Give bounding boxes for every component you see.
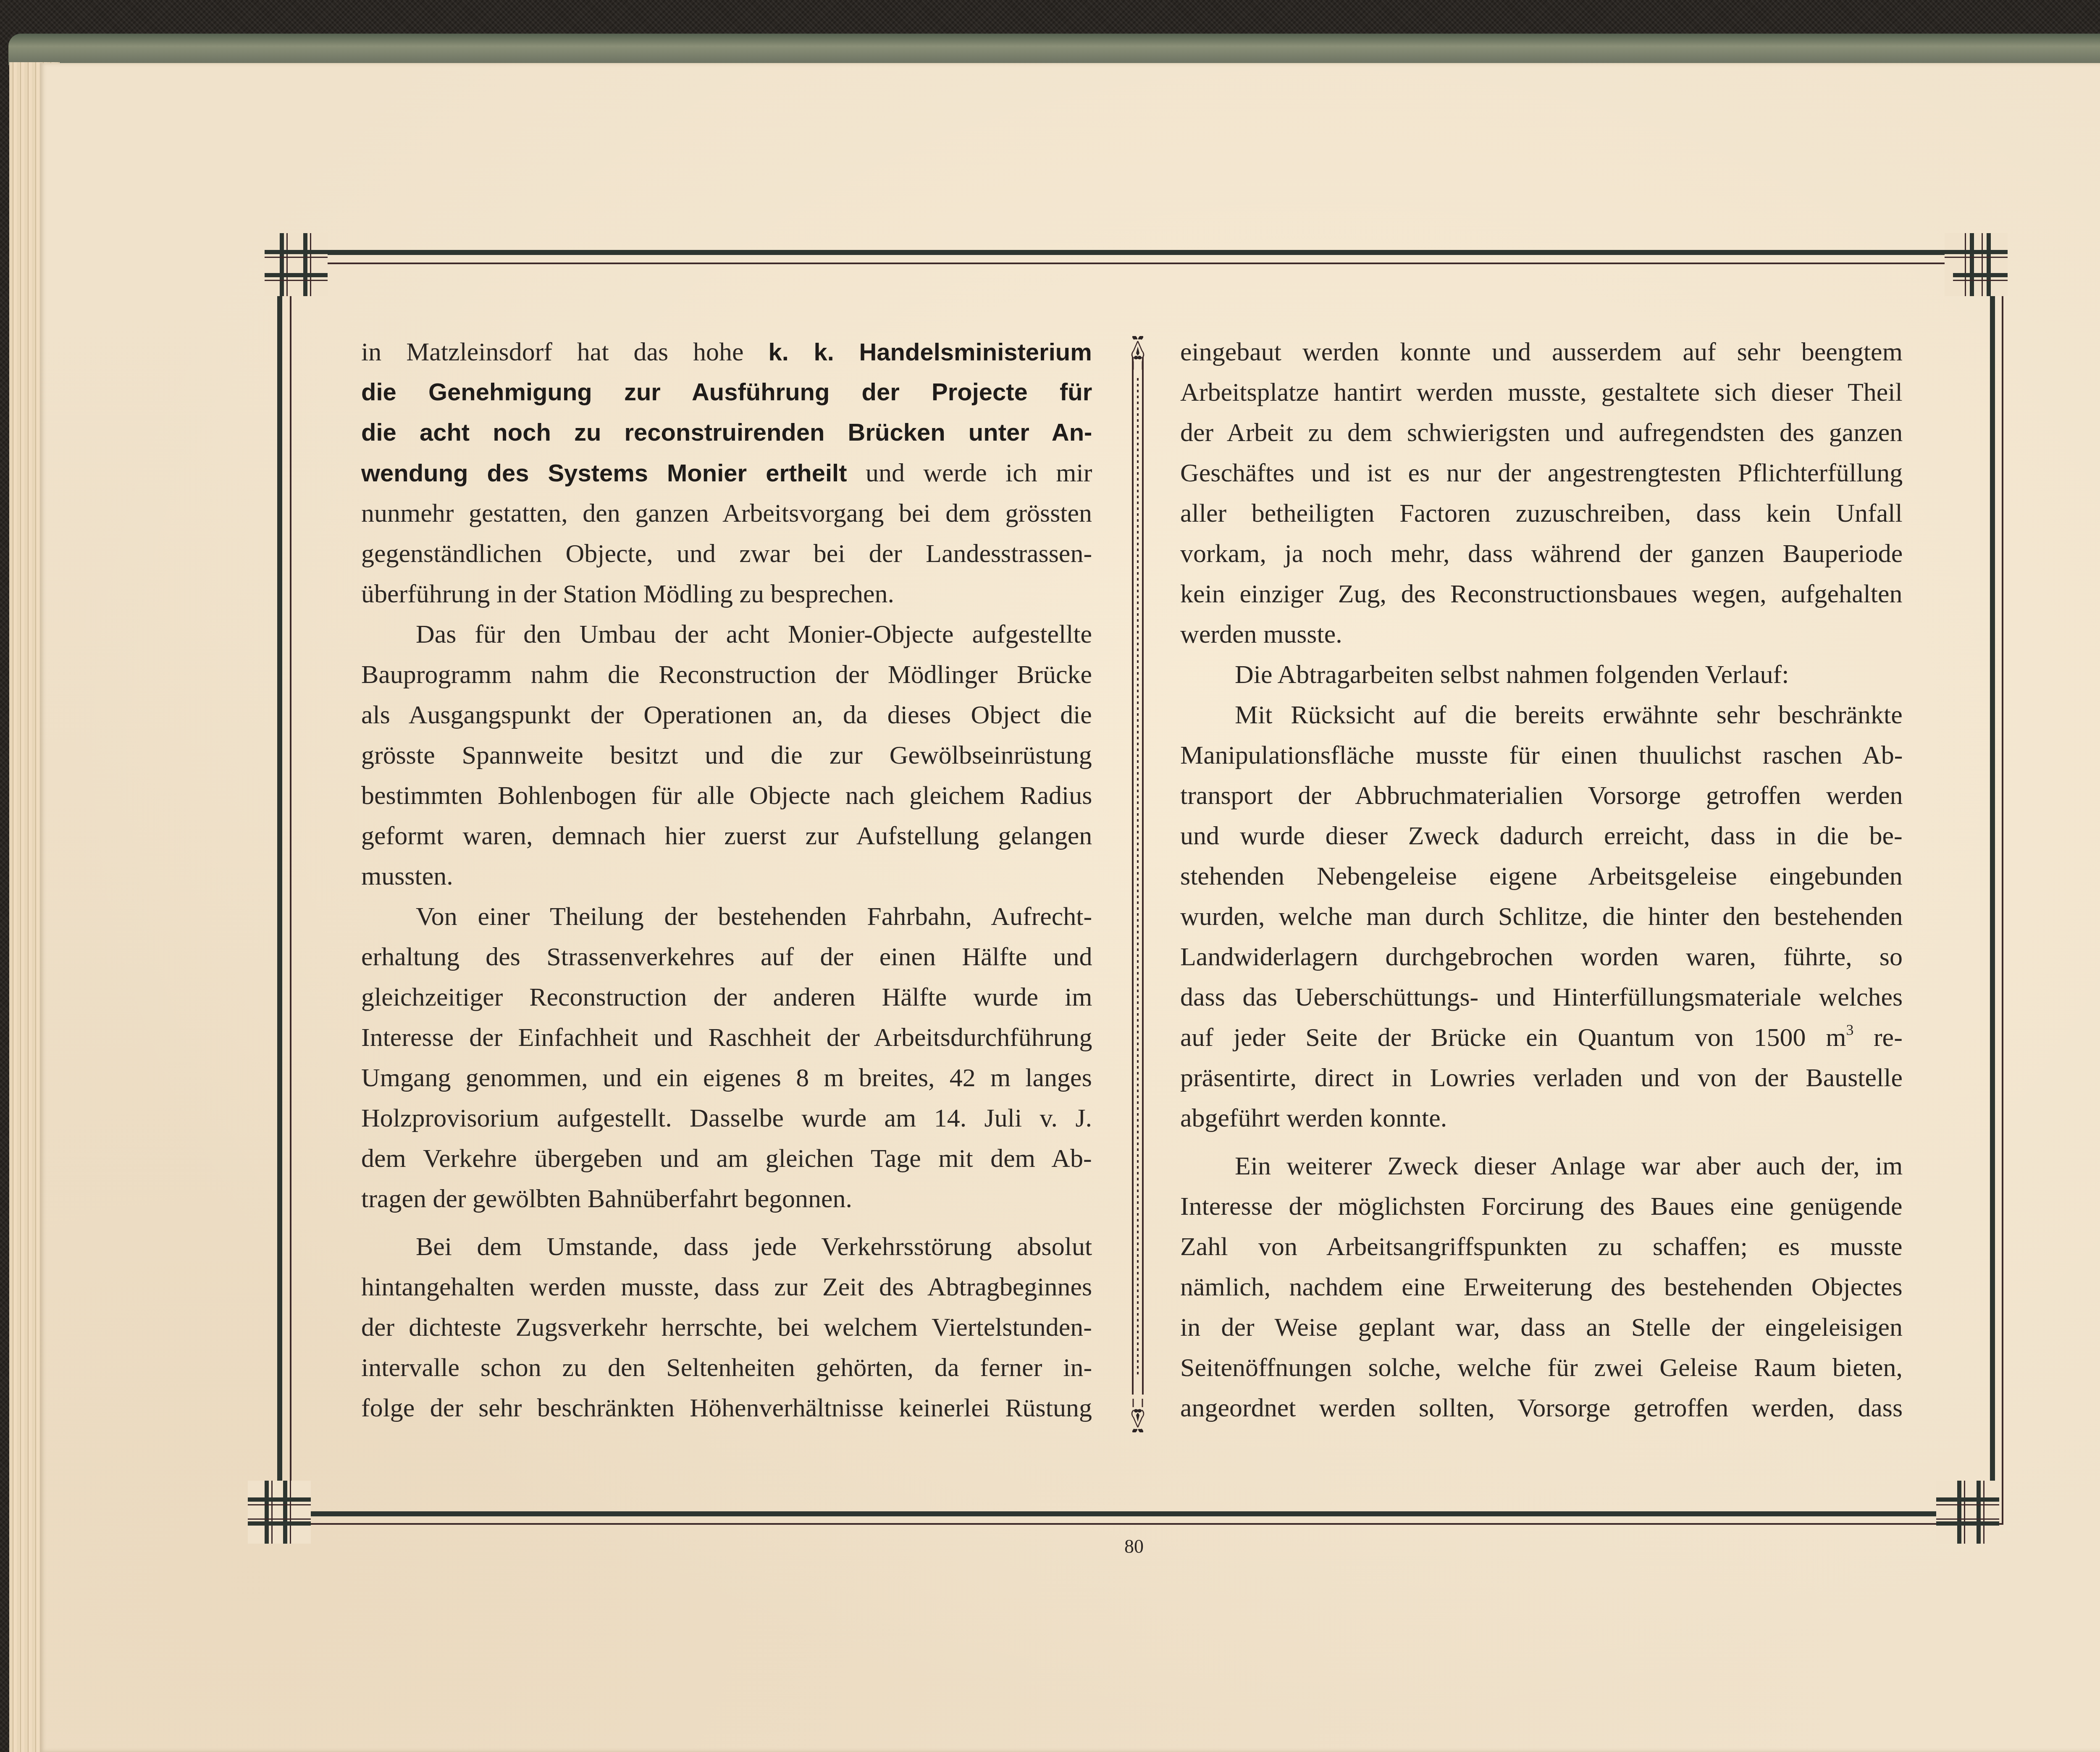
text-line: der dichteste Zugsverkehr herrschte, bei… bbox=[361, 1307, 1092, 1347]
text-line: folge der sehr beschränkten Höhenverhält… bbox=[361, 1388, 1092, 1428]
book-cover-top-edge bbox=[8, 34, 2100, 65]
text-line: Interesse der möglichsten Forcirung des … bbox=[1180, 1186, 1903, 1227]
paragraph-start-line: Die Abtragarbeiten selbst nahmen folgend… bbox=[1180, 654, 1903, 695]
paragraph-start-line: Mit Rücksicht auf die bereits erwähnte s… bbox=[1180, 695, 1903, 735]
text-line: stehenden Nebengeleise eigene Arbeitsgel… bbox=[1180, 856, 1903, 896]
text-line: Manipulationsfläche musste für einen thu… bbox=[1180, 735, 1903, 775]
finial-bottom-icon bbox=[1129, 1399, 1146, 1432]
text-line: Landwiderlagern durchgebrochen worden wa… bbox=[1180, 937, 1903, 977]
text-line: wendung des Systems Monier ertheilt und … bbox=[361, 453, 1092, 493]
paragraph-start-line: Bei dem Umstande, dass jede Verkehrsstör… bbox=[361, 1227, 1092, 1267]
paragraph-start-line: Ein weiterer Zweck dieser Anlage war abe… bbox=[1180, 1146, 1903, 1186]
text-line: grösste Spannweite besitzt und die zur G… bbox=[361, 735, 1092, 775]
corner-ornament-bottom-left-icon bbox=[248, 1481, 311, 1544]
text-line: Bauprogramm nahm die Reconstruction der … bbox=[361, 654, 1092, 695]
text-line: in Matzleinsdorf hat das hohe k. k. Hand… bbox=[361, 332, 1092, 372]
paragraph-start-line: Das für den Umbau der acht Monier-Object… bbox=[361, 614, 1092, 654]
text-line: dass das Ueberschüttungs- und Hinterfüll… bbox=[1180, 977, 1903, 1017]
text-line: abgeführt werden konnte. bbox=[1180, 1098, 1903, 1138]
text-line: kein einziger Zug, des Reconstructionsba… bbox=[1180, 574, 1903, 614]
text-line: tragen der gewölbten Bahnüberfahrt begon… bbox=[361, 1179, 1092, 1219]
text-line: angeordnet werden sollten, Vorsorge getr… bbox=[1180, 1388, 1903, 1428]
text-line: vorkam, ja noch mehr, dass während der g… bbox=[1180, 533, 1903, 574]
page-number: 80 bbox=[1109, 1535, 1159, 1558]
text-line: Seitenöffnungen solche, welche für zwei … bbox=[1180, 1347, 1903, 1388]
text-line: gegenständlichen Objecte, und zwar bei d… bbox=[361, 533, 1092, 574]
text-line: Interesse der Einfachheit und Raschheit … bbox=[361, 1017, 1092, 1058]
text-line: mussten. bbox=[361, 856, 1092, 896]
text-line: die acht noch zu reconstruirenden Brücke… bbox=[361, 412, 1092, 453]
text-line: Arbeitsplatze hantirt werden musste, ges… bbox=[1180, 372, 1903, 412]
text-line: hintangehalten werden musste, dass zur Z… bbox=[361, 1267, 1092, 1307]
text-line: wurden, welche man durch Schlitze, die h… bbox=[1180, 896, 1903, 937]
text-line: Zahl von Arbeitsangriffspunkten zu schaf… bbox=[1180, 1227, 1903, 1267]
text-line: überführung in der Station Mödling zu be… bbox=[361, 574, 1092, 614]
column-divider-dots bbox=[1137, 378, 1139, 1378]
superscript-cube: 3 bbox=[1846, 1022, 1853, 1038]
text-line: werden musste. bbox=[1180, 614, 1903, 654]
text-line: Geschäftes und ist es nur der angestreng… bbox=[1180, 453, 1903, 493]
text-line: Umgang genommen, und ein eigenes 8 m bre… bbox=[361, 1058, 1092, 1098]
text-line: als Ausgangspunkt der Operationen an, da… bbox=[361, 695, 1092, 735]
right-text-column: eingebaut werden konnte und ausserdem au… bbox=[1180, 332, 1903, 1428]
left-text-column: in Matzleinsdorf hat das hohe k. k. Hand… bbox=[361, 332, 1092, 1428]
text-line: intervalle schon zu den Seltenheiten geh… bbox=[361, 1347, 1092, 1388]
text-line: präsentirte, direct in Lowries verladen … bbox=[1180, 1058, 1903, 1098]
text-line: dem Verkehre übergeben und am gleichen T… bbox=[361, 1138, 1092, 1179]
text-line: Holzprovisorium aufgestellt. Dasselbe wu… bbox=[361, 1098, 1092, 1138]
text-line: und wurde dieser Zweck dadurch erreicht,… bbox=[1180, 816, 1903, 856]
finial-top-icon bbox=[1129, 336, 1146, 370]
text-line: transport der Abbruchmaterialien Vorsorg… bbox=[1180, 775, 1903, 816]
text-line: auf jeder Seite der Brücke ein Quantum v… bbox=[1180, 1017, 1903, 1058]
corner-ornament-top-left-icon bbox=[265, 233, 328, 296]
text-line: gleichzeitiger Reconstruction der andere… bbox=[361, 977, 1092, 1017]
text-line: bestimmten Bohlenbogen für alle Objecte … bbox=[361, 775, 1092, 816]
paragraph-start-line: Von einer Theilung der bestehenden Fahrb… bbox=[361, 896, 1092, 937]
text-line: geformt waren, demnach hier zuerst zur A… bbox=[361, 816, 1092, 856]
text-line: nunmehr gestatten, den ganzen Arbeitsvor… bbox=[361, 493, 1092, 533]
text-line: in der Weise geplant war, dass an Stelle… bbox=[1180, 1307, 1903, 1347]
text-line: erhaltung des Strassenverkehres auf der … bbox=[361, 937, 1092, 977]
text-line: der Arbeit zu dem schwierigsten und aufr… bbox=[1180, 412, 1903, 453]
text-line: nämlich, nachdem eine Erweiterung des be… bbox=[1180, 1267, 1903, 1307]
text-line: die Genehmigung zur Ausführung der Proje… bbox=[361, 372, 1092, 412]
text-line: aller betheiligten Factoren zuzuschreibe… bbox=[1180, 493, 1903, 533]
corner-ornament-bottom-right-icon bbox=[1936, 1481, 1999, 1544]
corner-ornament-top-right-icon bbox=[1945, 233, 2008, 296]
text-line: eingebaut werden konnte und ausserdem au… bbox=[1180, 332, 1903, 372]
